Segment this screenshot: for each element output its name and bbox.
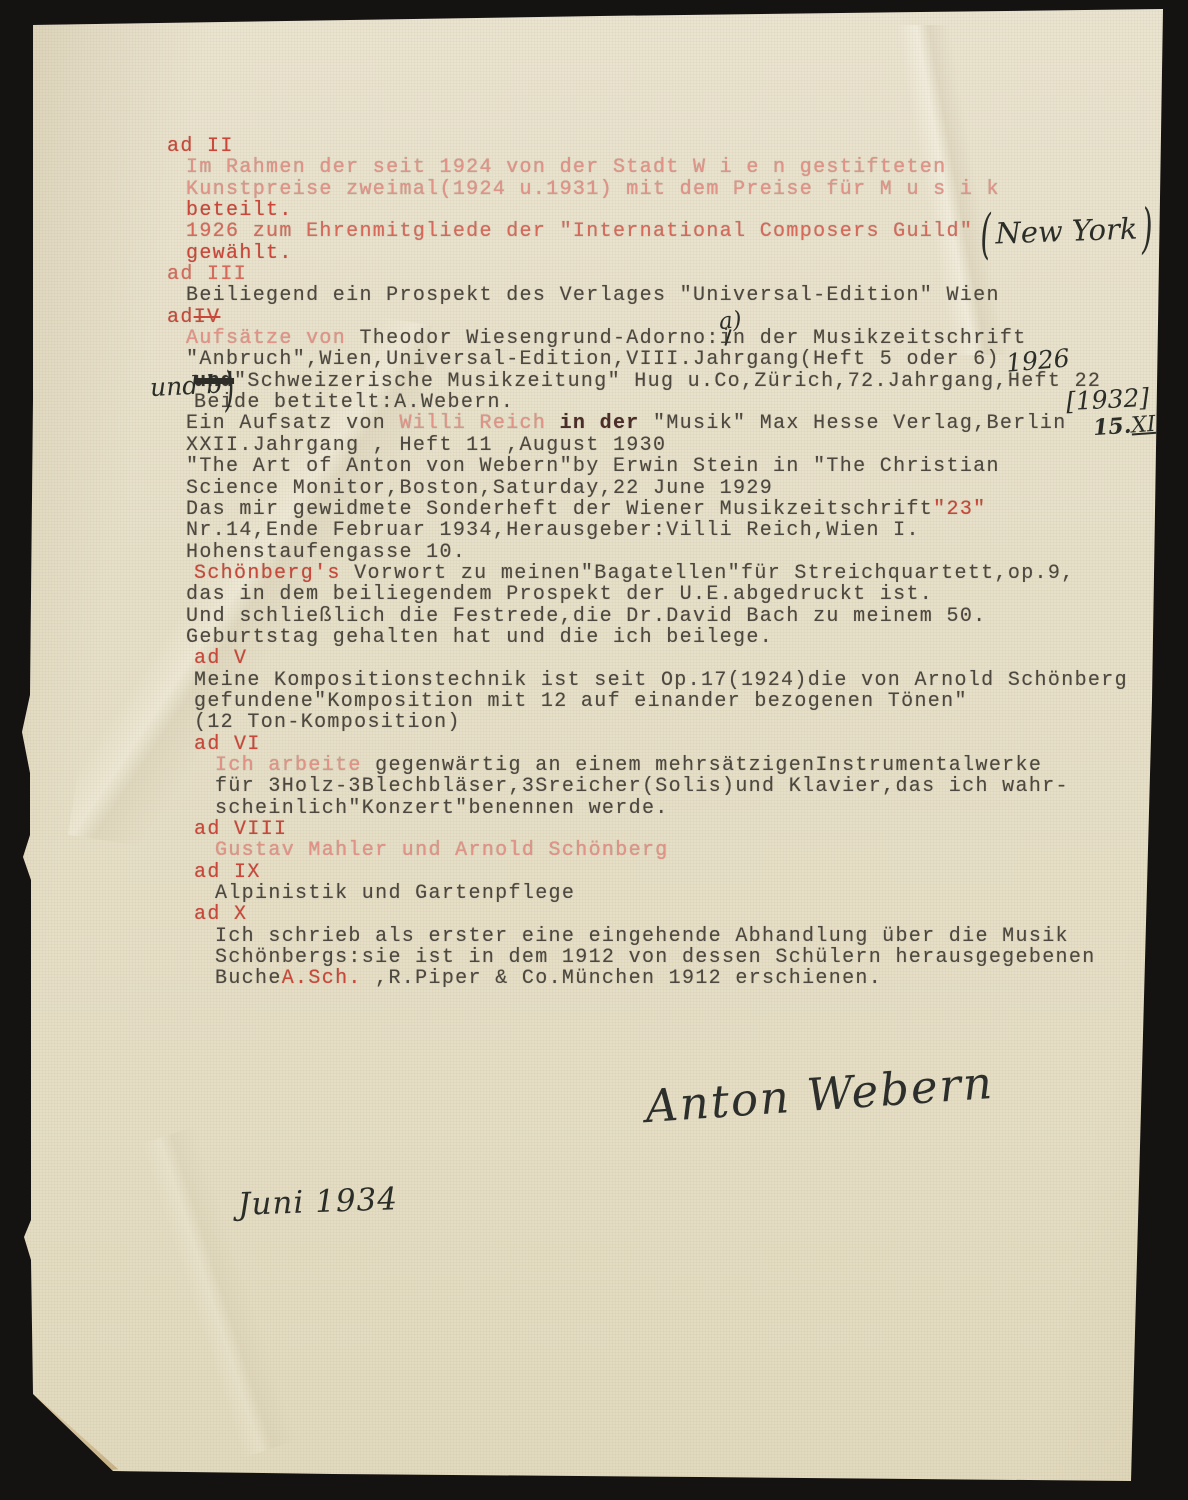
typed-line: ad III	[167, 264, 1188, 285]
typed-segment: (12 Ton-Komposition)	[194, 711, 461, 734]
typed-segment: Geburtstag gehalten hat und die ich beil…	[186, 626, 773, 649]
typed-segment: "Schweizerische Musikzeitung" Hug u.Co,Z…	[234, 370, 1101, 393]
annotation-new-york: (New York)	[975, 211, 1157, 251]
date-annotation: Juni 1934	[237, 1181, 398, 1223]
typed-segment: XXII.Jahrgang , Heft 11 ,August 1930	[186, 434, 666, 457]
typed-segment: Beide betitelt:A.Webern.	[194, 391, 514, 414]
typed-line: ad IX	[194, 862, 1188, 883]
typed-line: Und schließlich die Festrede,die Dr.Davi…	[186, 606, 1188, 627]
typed-line: Ein Aufsatz von Willi Reich in der "Musi…	[186, 413, 1188, 434]
annotation-und-b: und b)	[149, 369, 234, 402]
typed-segment: Nr.14,Ende Februar 1934,Herausgeber:Vill…	[186, 519, 920, 542]
typed-segment: gefundene"Komposition mit 12 auf einande…	[194, 690, 968, 713]
handwritten-paren-open: (	[979, 202, 993, 265]
typed-line: scheinlich"Konzert"benennen werde.	[215, 798, 1188, 819]
typed-segment: A.Sch.	[282, 967, 362, 990]
typed-segment: das in dem beiliegendem Prospekt der U.E…	[186, 583, 933, 606]
typed-segment: in der Musikzeitschrift	[720, 327, 1027, 350]
typed-line: BucheA.Sch. ,R.Piper & Co.München 1912 e…	[215, 968, 1188, 989]
typed-segment: "23"	[933, 498, 986, 521]
typed-segment: ad X	[194, 903, 247, 926]
annotation-und-b-text: und b	[149, 369, 223, 402]
typed-segment: ad V	[194, 647, 247, 670]
typed-line: Alpinistik und Gartenpflege	[215, 883, 1188, 904]
typed-line: "The Art of Anton von Webern"by Erwin St…	[186, 456, 1188, 477]
typed-segment: ad	[167, 306, 194, 329]
typed-segment: "The Art of Anton von Webern"by Erwin St…	[186, 455, 1000, 478]
typed-segment: ad VI	[194, 733, 261, 756]
typed-line: ad V	[194, 648, 1188, 669]
typed-line: ad II	[167, 136, 1188, 157]
typed-segment: Buche	[215, 967, 282, 990]
typed-line: Ich schrieb als erster eine eingehende A…	[215, 926, 1188, 947]
typed-segment: Kunstpreise zweimal(1924 u.1931) mit dem…	[186, 178, 1000, 201]
typed-segment: ad III	[167, 263, 247, 286]
typed-segment: gewählt.	[186, 242, 293, 265]
typed-line: Hohenstaufengasse 10.	[186, 542, 1188, 563]
typed-segment: scheinlich"Konzert"benennen werde.	[215, 797, 669, 820]
torn-corner-flap	[30, 1392, 122, 1476]
typed-segment: Und schließlich die Festrede,die Dr.Davi…	[186, 605, 987, 628]
paper-crease	[7, 1089, 413, 1500]
typed-line: Im Rahmen der seit 1924 von der Stadt W …	[186, 157, 1188, 178]
typed-line: für 3Holz-3Blechbläser,3Sreicher(Solis)u…	[215, 776, 1188, 797]
typed-segment: "Anbruch",Wien,Universal-Edition,VIII.Ja…	[186, 348, 1000, 371]
typed-line: Gustav Mahler und Arnold Schönberg	[215, 840, 1188, 861]
typed-segment: ,R.Piper & Co.München 1912 erschienen.	[362, 967, 882, 990]
typed-line: Kunstpreise zweimal(1924 u.1931) mit dem…	[186, 179, 1188, 200]
typed-segment: für 3Holz-3Blechbläser,3Sreicher(Solis)u…	[215, 775, 1069, 798]
typed-text-block: ad IIIm Rahmen der seit 1924 von der Sta…	[0, 136, 1188, 990]
typed-segment: Alpinistik und Gartenpflege	[215, 882, 575, 905]
typed-line: ad X	[194, 904, 1188, 925]
typed-segment: Ein Aufsatz von	[186, 412, 399, 435]
typed-segment: ad VIII	[194, 818, 287, 841]
typed-line: Meine Kompositionstechnik ist seit Op.17…	[194, 670, 1188, 691]
typed-segment: Vorwort zu meinen"Bagatellen"für Streich…	[341, 562, 1075, 585]
typed-segment: Meine Kompositionstechnik ist seit Op.17…	[194, 669, 1128, 692]
signature: Anton Webern	[644, 1056, 996, 1133]
typed-segment: Beiliegend ein Prospekt des Verlages "Un…	[186, 284, 1000, 307]
typed-line: Schönbergs:sie ist in dem 1912 von desse…	[215, 947, 1188, 968]
typed-line: Beiliegend ein Prospekt des Verlages "Un…	[186, 285, 1188, 306]
typed-segment: beteilt.	[186, 199, 293, 222]
typed-segment: Schönbergs:sie ist in dem 1912 von desse…	[215, 946, 1096, 969]
typed-line: Beide betitelt:A.Webern.	[194, 392, 1188, 413]
typed-segment: IV	[194, 306, 221, 329]
scan-background: ad IIIm Rahmen der seit 1924 von der Sta…	[0, 0, 1188, 1500]
typed-line: Science Monitor,Boston,Saturday,22 June …	[186, 478, 1188, 499]
typed-line: ad VIII	[194, 819, 1188, 840]
handwritten-paren-close: )	[1140, 197, 1154, 260]
typed-segment: gegenwärtig an einem mehrsätzigenInstrum…	[362, 754, 1042, 777]
typed-segment: Aufsätze von	[186, 327, 359, 350]
typed-line: (12 Ton-Komposition)	[194, 712, 1188, 733]
annotation-15-xi: 15.XI	[1092, 411, 1156, 441]
typed-line: adIV	[167, 307, 1188, 328]
typed-line: Geburtstag gehalten hat und die ich beil…	[186, 627, 1188, 648]
typed-line: Das mir gewidmete Sonderheft der Wiener …	[186, 499, 1188, 520]
typed-segment: Willi Reich	[399, 412, 546, 435]
annotation-new-york-text: New York	[995, 212, 1138, 251]
typed-line: gefundene"Komposition mit 12 auf einande…	[194, 691, 1188, 712]
annotation-1926: 1926	[1005, 343, 1071, 377]
annotation-month-roman: XI	[1130, 412, 1156, 439]
typed-segment: Im Rahmen der seit 1924 von der Stadt W …	[186, 156, 947, 179]
typed-segment	[546, 412, 559, 435]
typed-segment: ad IX	[194, 861, 261, 884]
typed-segment: Ich arbeite	[215, 754, 362, 777]
typed-segment: ad II	[167, 135, 234, 158]
typed-segment: Das mir gewidmete Sonderheft der Wiener …	[186, 498, 933, 521]
typed-segment: Science Monitor,Boston,Saturday,22 June …	[186, 477, 773, 500]
typed-line: Ich arbeite gegenwärtig an einem mehrsät…	[215, 755, 1188, 776]
typed-line: ad VI	[194, 734, 1188, 755]
typed-segment: Schönberg's	[194, 562, 341, 585]
typed-line: das in dem beiliegendem Prospekt der U.E…	[186, 584, 1188, 605]
typed-segment: 1926 zum Ehrenmitgliede der "Internation…	[186, 220, 973, 243]
typed-segment: in der	[560, 412, 640, 435]
typed-segment: "Musik" Max Hesse Verlag,Berlin	[640, 412, 1067, 435]
typed-line: Schönberg's Vorwort zu meinen"Bagatellen…	[194, 563, 1188, 584]
typed-segment: Gustav Mahler und Arnold Schönberg	[215, 839, 669, 862]
document-page: ad IIIm Rahmen der seit 1924 von der Sta…	[0, 0, 1188, 1500]
typed-line: Nr.14,Ende Februar 1934,Herausgeber:Vill…	[186, 520, 1188, 541]
typed-segment: Theodor Wiesengrund-Adorno:	[359, 327, 719, 350]
typed-segment: Ich schrieb als erster eine eingehende A…	[215, 925, 1069, 948]
typed-segment: Hohenstaufengasse 10.	[186, 541, 466, 564]
typed-line: XXII.Jahrgang , Heft 11 ,August 1930	[186, 435, 1188, 456]
annotation-day: 15.	[1092, 413, 1132, 442]
